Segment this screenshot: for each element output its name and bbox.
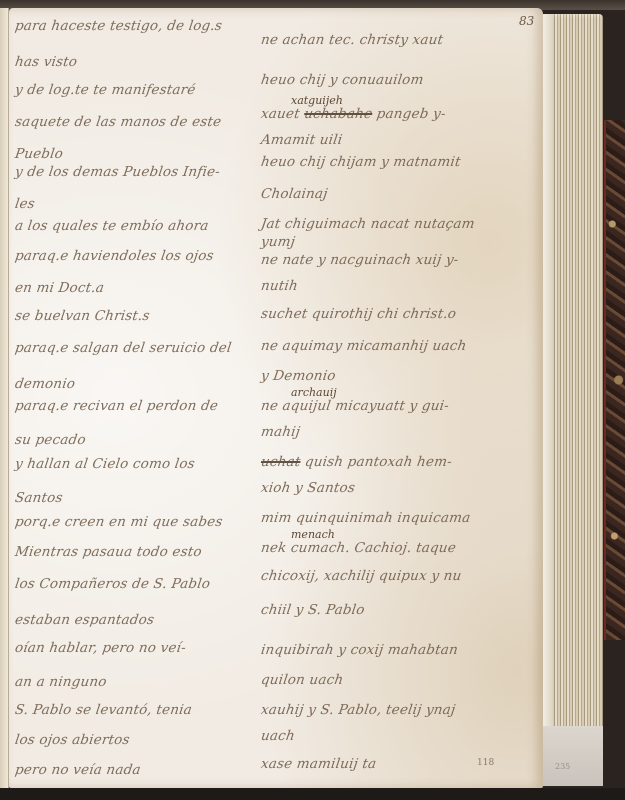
manuscript-line: los Compañeros de S. Pablo [14, 576, 211, 592]
manuscript-line: Santos [14, 490, 64, 506]
manuscript-line: xioh y Santos [260, 480, 356, 496]
manuscript-page: 83 para haceste testigo, de log.shas vis… [9, 8, 543, 788]
manuscript-line: heuo chij chijam y matnamit [260, 154, 462, 170]
manuscript-line: nutih [260, 278, 299, 294]
manuscript-line: has visto [14, 54, 78, 70]
manuscript-line: a los quales te embío ahora [14, 218, 210, 234]
manuscript-line: inquibirah y coxij mahabtan [260, 642, 459, 658]
manuscript-line: porq.e creen en mi que sabes [14, 514, 224, 530]
manuscript-line: paraq.e recivan el perdon de [14, 398, 219, 414]
manuscript-line: Cholainaj [260, 186, 329, 202]
bottom-page-number: 118 [477, 758, 494, 768]
manuscript-line: Mientras pasaua todo esto [14, 544, 203, 560]
manuscript-line: estaban espantados [14, 612, 155, 628]
manuscript-line: y de los demas Pueblos Infie- [14, 164, 221, 180]
manuscript-line: S. Pablo se levantó, tenia [14, 702, 193, 718]
interlinear-insertion: menach [291, 528, 335, 541]
folio-number: 83 [519, 14, 534, 28]
manuscript-line: su pecado [14, 432, 87, 448]
manuscript-line: xauhij y S. Pablo, teelij ynaj [260, 702, 457, 718]
manuscript-line: chiil y S. Pablo [260, 602, 366, 618]
interlinear-insertion: archauij [291, 386, 337, 399]
page-edge-strip [543, 14, 553, 786]
manuscript-line: suchet quirothij chi christ.o [260, 306, 457, 322]
book-bottom-edge [0, 788, 625, 800]
book-left-edge [0, 8, 9, 788]
interlinear-insertion: xatguijeh [291, 94, 343, 107]
manuscript-line: demonio [14, 376, 76, 392]
struck-word: uchabahe [303, 106, 373, 122]
manuscript-line: mahij [260, 424, 301, 440]
manuscript-line: Jat chiguimach nacat nutaçam [260, 216, 476, 232]
manuscript-line: pero no veía nada [14, 762, 142, 778]
manuscript-line: oían hablar, pero no veí- [14, 640, 187, 656]
manuscript-line: saquete de las manos de este [14, 114, 223, 130]
struck-word: uchat [260, 454, 302, 470]
page-corner-flap [543, 726, 603, 786]
manuscript-line: y hallan al Cielo como los [14, 456, 196, 472]
manuscript-line: nek cumach. Cachioj. taque [260, 540, 457, 556]
manuscript-line: ne aquimay micamanhij uach [260, 338, 468, 354]
manuscript-line: yumj [260, 234, 296, 250]
manuscript-line: chicoxij, xachilij quipux y nu [260, 568, 463, 584]
manuscript-line: en mi Doct.a [14, 280, 105, 296]
manuscript-line: Amamit uili [260, 132, 344, 148]
manuscript-line: paraq.e salgan del seruicio del [14, 340, 233, 356]
ghost-page-number: 235 [555, 762, 570, 771]
manuscript-line: para haceste testigo, de log.s [14, 18, 223, 34]
manuscript-line: xauet uchabahe pangeb y- [260, 106, 447, 122]
manuscript-line: ne aquijul micayuatt y gui- [260, 398, 450, 414]
manuscript-line: les [14, 196, 36, 212]
manuscript-line: uach [260, 728, 296, 744]
manuscript-line: ne achan tec. christy xaut [260, 32, 444, 48]
manuscript-line: paraq.e haviendoles los ojos [14, 248, 215, 264]
manuscript-line: Pueblo [14, 146, 64, 162]
manuscript-line: an a ninguno [14, 674, 108, 690]
marbled-cover-edge [604, 120, 625, 640]
manuscript-line: xase mamiluij ta [260, 756, 378, 772]
book-fore-edge [543, 14, 603, 786]
manuscript-line: ne nate y nacguinach xuij y- [260, 252, 460, 268]
manuscript-line: quilon uach [260, 672, 345, 688]
manuscript-line: y de log.te te manifestaré [14, 82, 197, 98]
manuscript-line: y Demonio [260, 368, 337, 384]
manuscript-line: mim quinquinimah inquicama [260, 510, 472, 526]
manuscript-line: uchat quish pantoxah hem- [260, 454, 453, 470]
manuscript-line: se buelvan Christ.s [14, 308, 151, 324]
manuscript-line: heuo chij y conuauilom [260, 72, 425, 88]
manuscript-line: los ojos abiertos [14, 732, 131, 748]
